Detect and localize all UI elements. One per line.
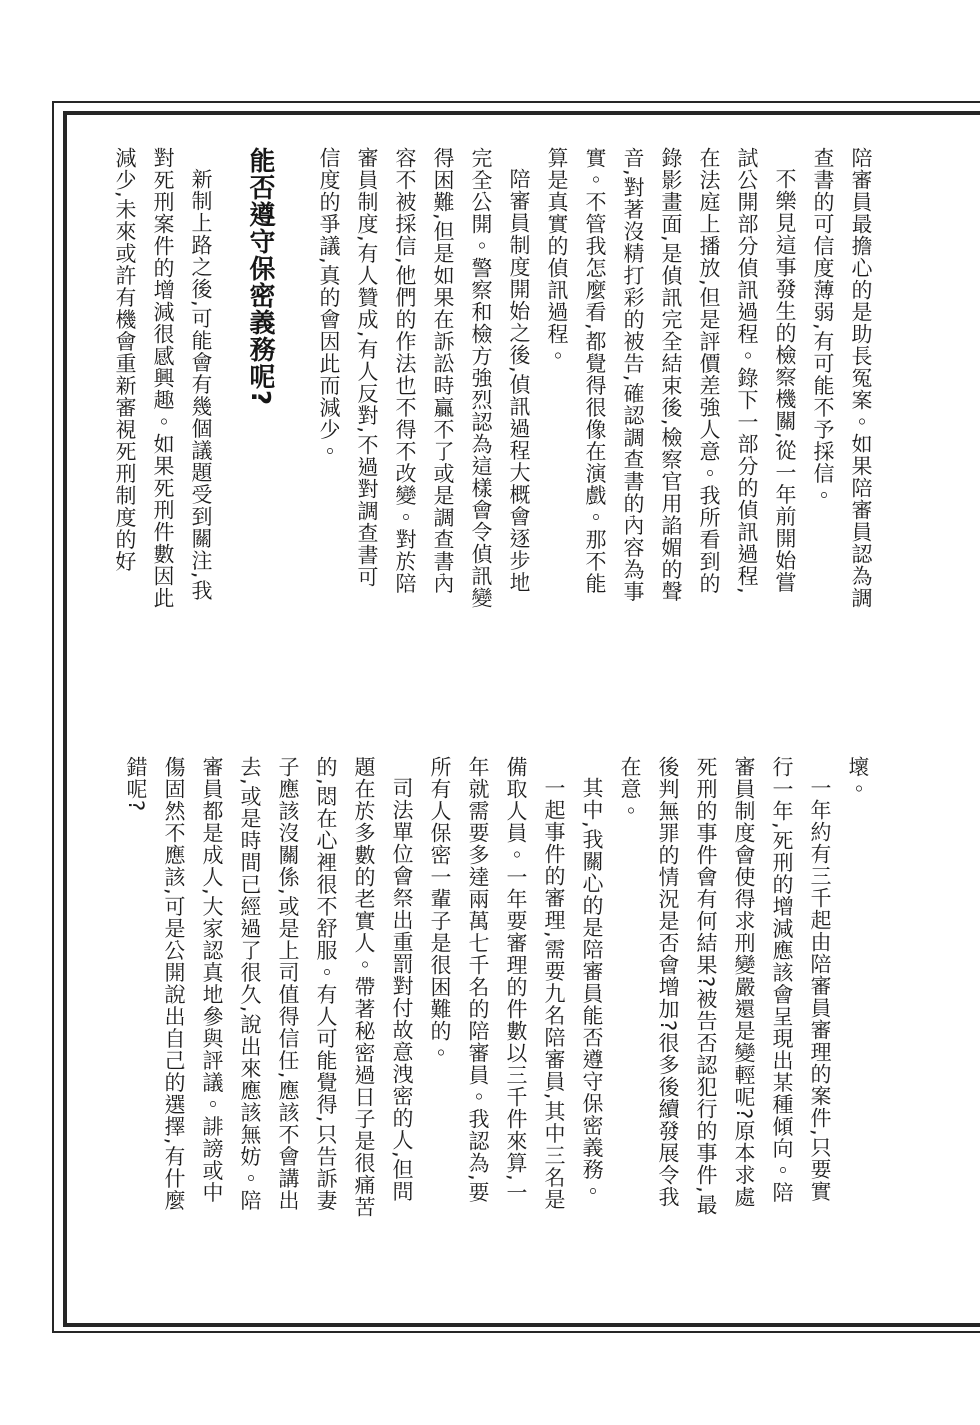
- text-register-bottom: 壞。一年約有三千起由陪審員審理的案件,只要實行一年,死刑的增減應該會呈現出某種傾…: [117, 756, 877, 1219]
- body-paragraph: 陪審員最擔心的是助長冤案。如果陪審員認為調查書的可信度薄弱,有可能不予採信。: [804, 147, 880, 610]
- body-paragraph: 一年約有三千起由陪審員審理的案件,只要實行一年,死刑的增減應該會呈現出某種傾向。…: [611, 756, 839, 1219]
- body-paragraph: 一起事件的審理,需要九名陪審員,其中三名是備取人員。一年要審理的件數以三千件來算…: [421, 756, 573, 1219]
- body-paragraph: 司法單位會祭出重罰對付故意洩密的人,但問題在於多數的老實人。帶著秘密過日子是很痛…: [117, 756, 421, 1219]
- body-paragraph: 不樂見這事發生的檢察機關,從一年前開始嘗試公開部分偵訊過程。錄下一部分的偵訊過程…: [538, 147, 804, 610]
- body-paragraph: 新制上路之後,可能會有幾個議題受到關注,我對死刑案件的增減很感興趣。如果死刑件數…: [106, 147, 220, 610]
- text-register-top: 陪審員最擔心的是助長冤案。如果陪審員認為調查書的可信度薄弱,有可能不予採信。不樂…: [106, 147, 880, 610]
- body-paragraph: 其中,我關心的是陪審員能否遵守保密義務。: [573, 756, 611, 1219]
- body-paragraph: 陪審員制度開始之後,偵訊過程大概會逐步地完全公開。警察和檢方強烈認為這樣會令偵訊…: [310, 147, 538, 610]
- body-paragraph: 壞。: [839, 756, 877, 1219]
- section-heading: 能否遵守保密義務呢?: [240, 147, 280, 610]
